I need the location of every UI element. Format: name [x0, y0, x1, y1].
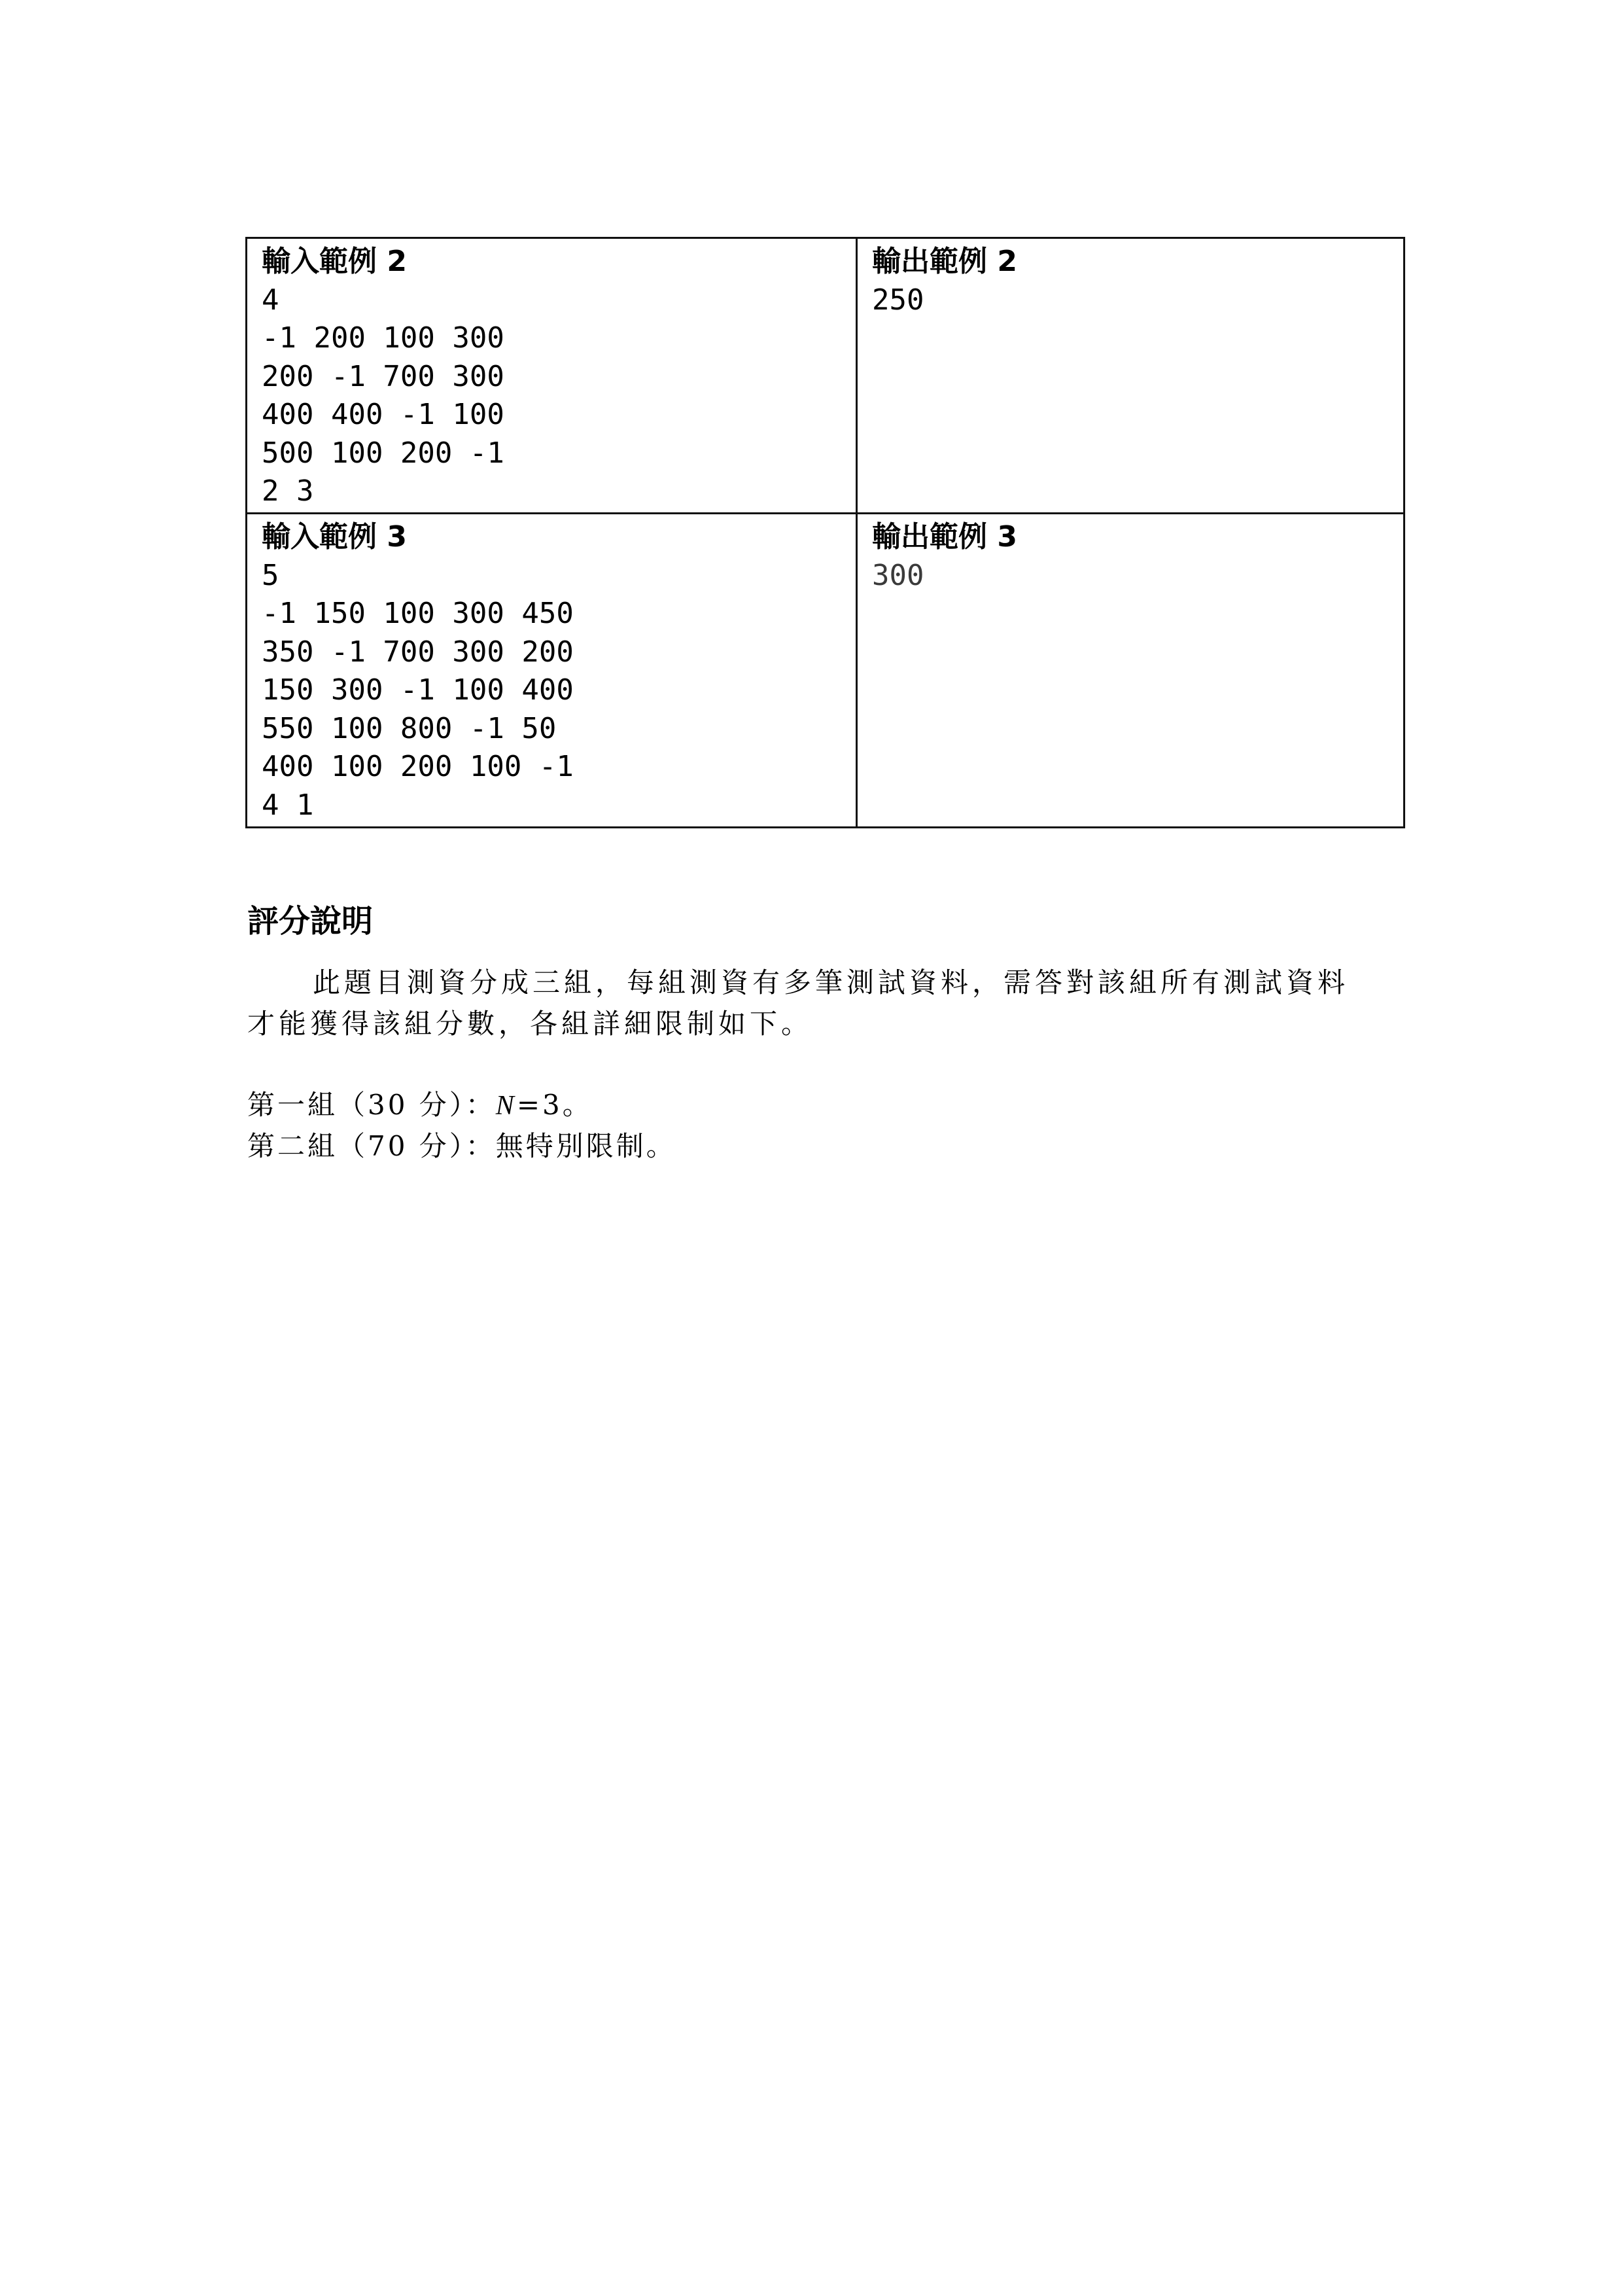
- code-line: 550 100 800 -1 50: [262, 710, 841, 749]
- sample-output-3-cell: 輸出範例 3 300: [857, 514, 1405, 828]
- code-line: -1 200 100 300: [262, 319, 841, 358]
- group-label: 第二組（70 分）：: [247, 1130, 496, 1162]
- sample-output-2-cell: 輸出範例 2 250: [857, 238, 1405, 514]
- code-line: 250: [872, 281, 1389, 320]
- group-constraint: 無特別限制。: [496, 1130, 676, 1162]
- sample-row-2: 輸入範例 2 4 -1 200 100 300 200 -1 700 300 4…: [247, 238, 1405, 514]
- code-line: 400 100 200 100 -1: [262, 748, 841, 786]
- code-line: 300: [872, 557, 1389, 595]
- scoring-group-1: 第一組（30 分）：N=3。: [247, 1085, 676, 1126]
- sample-input-2-title: 輸入範例 2: [262, 243, 841, 281]
- group-constraint: =3。: [517, 1089, 593, 1121]
- sample-io-table: 輸入範例 2 4 -1 200 100 300 200 -1 700 300 4…: [245, 237, 1405, 828]
- sample-row-3: 輸入範例 3 5 -1 150 100 300 450 350 -1 700 3…: [247, 514, 1405, 828]
- group-label: 第一組（30 分）：: [247, 1089, 496, 1121]
- scoring-group-2: 第二組（70 分）：無特別限制。: [247, 1126, 676, 1167]
- sample-input-3-cell: 輸入範例 3 5 -1 150 100 300 450 350 -1 700 3…: [247, 514, 857, 828]
- scoring-groups: 第一組（30 分）：N=3。 第二組（70 分）：無特別限制。: [247, 1085, 676, 1167]
- scoring-paragraph: 此題目測資分成三組，每組測資有多筆測試資料，需答對該組所有測試資料才能獲得該組分…: [247, 962, 1372, 1044]
- code-line: 4 1: [262, 786, 841, 825]
- code-line: 5: [262, 557, 841, 595]
- code-line: 200 -1 700 300: [262, 358, 841, 397]
- sample-input-2-cell: 輸入範例 2 4 -1 200 100 300 200 -1 700 300 4…: [247, 238, 857, 514]
- code-line: 350 -1 700 300 200: [262, 633, 841, 672]
- code-line: -1 150 100 300 450: [262, 595, 841, 633]
- code-line: 4: [262, 281, 841, 320]
- sample-input-3-title: 輸入範例 3: [262, 518, 841, 557]
- code-line: 2 3: [262, 472, 841, 511]
- group-variable: N: [496, 1091, 517, 1121]
- sample-output-2-title: 輸出範例 2: [872, 243, 1389, 281]
- code-line: 150 300 -1 100 400: [262, 671, 841, 710]
- scoring-heading: 評分說明: [247, 902, 373, 941]
- code-line: 500 100 200 -1: [262, 434, 841, 473]
- code-line: 400 400 -1 100: [262, 396, 841, 434]
- sample-output-3-title: 輸出範例 3: [872, 518, 1389, 557]
